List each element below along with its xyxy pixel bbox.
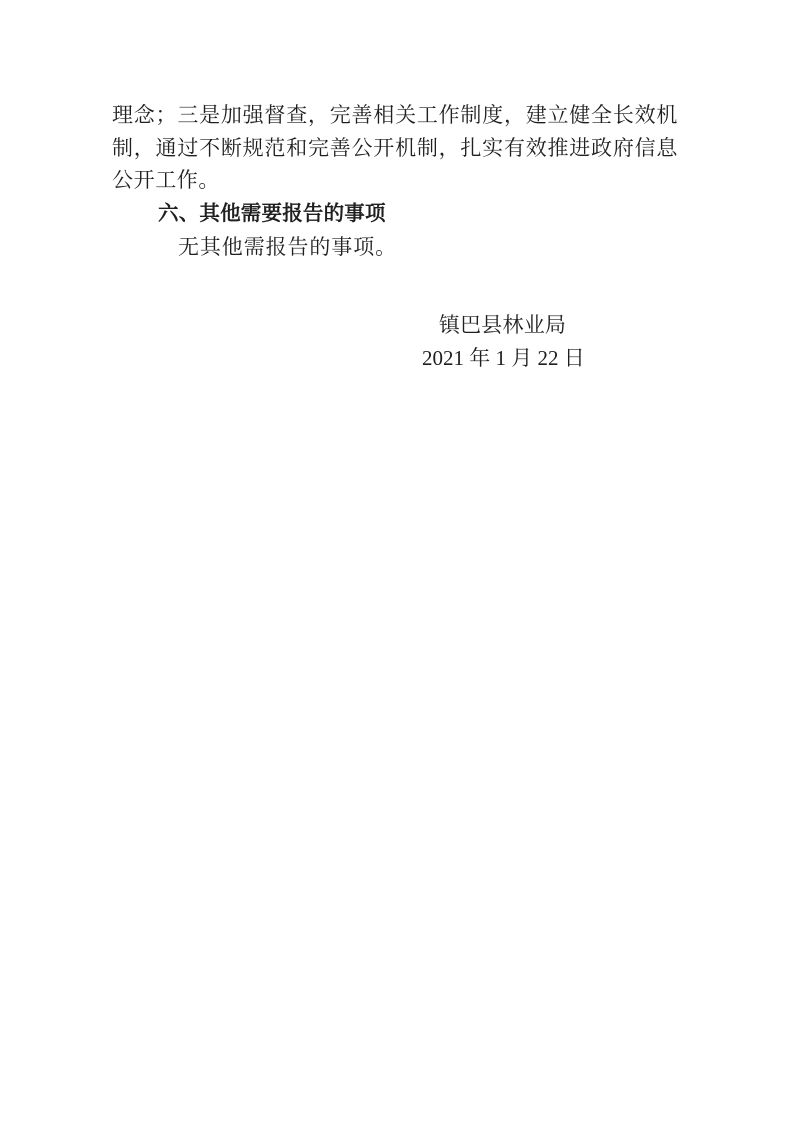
signature-block: 镇巴县林业局 2021 年 1 月 22 日	[422, 309, 583, 375]
signature-agency: 镇巴县林业局	[422, 309, 583, 342]
body-line-2: 制，通过不断规范和完善公开机制，扎实有效推进政府信息	[112, 132, 678, 165]
document-page: 理念；三是加强督查，完善相关工作制度，建立健全长效机 制，通过不断规范和完善公开…	[0, 0, 793, 1122]
section-body-text: 无其他需报告的事项。	[178, 231, 397, 264]
body-line-3: 公开工作。	[112, 164, 678, 197]
body-line-1: 理念；三是加强督查，完善相关工作制度，建立健全长效机	[112, 99, 678, 132]
section-heading: 六、其他需要报告的事项	[158, 198, 386, 231]
signature-date: 2021 年 1 月 22 日	[422, 342, 583, 375]
paragraph-continuation: 理念；三是加强督查，完善相关工作制度，建立健全长效机 制，通过不断规范和完善公开…	[112, 99, 678, 197]
